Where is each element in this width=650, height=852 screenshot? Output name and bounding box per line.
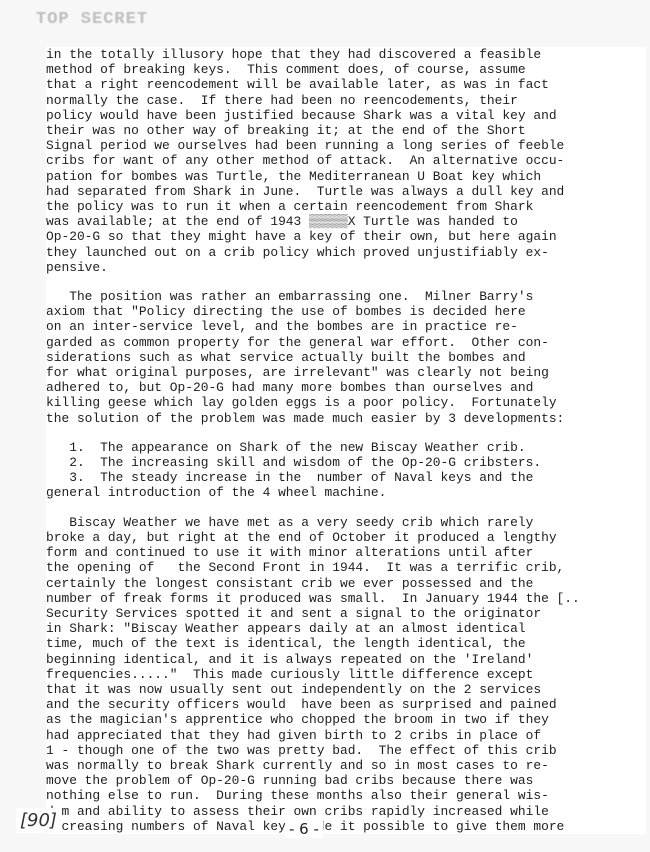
- list-item: 1. The appearance on Shark of the new Bi…: [46, 440, 646, 455]
- text-line: in Shark: "Biscay Weather appears daily …: [46, 621, 646, 636]
- document-page: in the totally illusory hope that they h…: [46, 47, 646, 834]
- text-line: was available; at the end of 1943 ▒▒▒▒▒X…: [46, 214, 646, 229]
- text-line: the solution of the problem was made muc…: [46, 411, 646, 426]
- paragraph-2: The position was rather an embarrassing …: [46, 289, 646, 426]
- text-line: increasing numbers of Naval keys made it…: [46, 819, 646, 834]
- text-line: as the magician's apprentice who chopped…: [46, 712, 646, 727]
- text-line: move the problem of Op-20-G running bad …: [46, 773, 646, 788]
- text-line: dom and ability to assess their own crib…: [46, 804, 646, 819]
- text-line: they launched out on a crib policy which…: [46, 245, 646, 260]
- text-line: in the totally illusory hope that they h…: [46, 47, 646, 62]
- text-line: for what original purposes, are irreleva…: [46, 365, 646, 380]
- text-line: was normally to break Shark currently an…: [46, 758, 646, 773]
- page-number: - 6 -: [285, 820, 323, 838]
- text-line: broke a day, but right at the end of Oct…: [46, 530, 646, 545]
- text-line: Signal period we ourselves had been runn…: [46, 138, 646, 153]
- text-line: The position was rather an embarrassing …: [46, 289, 646, 304]
- classification-stamp: TOP SECRET: [36, 10, 186, 30]
- text-line: garded as common property for the genera…: [46, 335, 646, 350]
- text-line: pensive.: [46, 260, 646, 275]
- folio-mark: [90]: [16, 808, 61, 833]
- text-line: cribs for want of any other method of at…: [46, 153, 646, 168]
- text-line: Op-20-G so that they might have a key of…: [46, 229, 646, 244]
- text-line: killing geese which lay golden eggs is a…: [46, 395, 646, 410]
- text-line: certainly the longest consistant crib we…: [46, 576, 646, 591]
- text-line: their was no other way of breaking it; a…: [46, 123, 646, 138]
- text-line: pation for bombes was Turtle, the Medite…: [46, 169, 646, 184]
- text-line: nothing else to run. During these months…: [46, 788, 646, 803]
- paragraph-3: Biscay Weather we have met as a very see…: [46, 515, 646, 834]
- text-line: Biscay Weather we have met as a very see…: [46, 515, 646, 530]
- text-line: frequencies....." This made curiously li…: [46, 667, 646, 682]
- list-item: 3. The steady increase in the number of …: [46, 470, 646, 485]
- text-line: Security Services spotted it and sent a …: [46, 606, 646, 621]
- text-line: and the security officers would have bee…: [46, 697, 646, 712]
- text-line: the opening of the Second Front in 1944.…: [46, 560, 646, 575]
- text-line: the policy was to run it when a certain …: [46, 199, 646, 214]
- text-line: had separated from Shark in June. Turtle…: [46, 184, 646, 199]
- paragraph-1: in the totally illusory hope that they h…: [46, 47, 646, 275]
- text-line: number of freak forms it produced was sm…: [46, 591, 646, 606]
- text-line: time, much of the text is identical, the…: [46, 636, 646, 651]
- developments-list: 1. The appearance on Shark of the new Bi…: [46, 440, 646, 501]
- text-line: policy would have been justified because…: [46, 108, 646, 123]
- text-line: axiom that "Policy directing the use of …: [46, 304, 646, 319]
- list-item: general introduction of the 4 wheel mach…: [46, 485, 646, 500]
- text-line: form and continued to use it with minor …: [46, 545, 646, 560]
- text-line: that a right reencodement will be availa…: [46, 77, 646, 92]
- text-line: method of breaking keys. This comment do…: [46, 62, 646, 77]
- text-line: had appreciated that they had given birt…: [46, 728, 646, 743]
- text-line: adhered to, but Op-20-G had many more bo…: [46, 380, 646, 395]
- text-line: siderations such as what service actuall…: [46, 350, 646, 365]
- list-item: 2. The increasing skill and wisdom of th…: [46, 455, 646, 470]
- text-line: normally the case. If there had been no …: [46, 93, 646, 108]
- text-line: beginning identical, and it is always re…: [46, 652, 646, 667]
- text-line: 1 - though one of the two was pretty bad…: [46, 743, 646, 758]
- text-line: that it was now usually sent out indepen…: [46, 682, 646, 697]
- text-line: on an inter-service level, and the bombe…: [46, 319, 646, 334]
